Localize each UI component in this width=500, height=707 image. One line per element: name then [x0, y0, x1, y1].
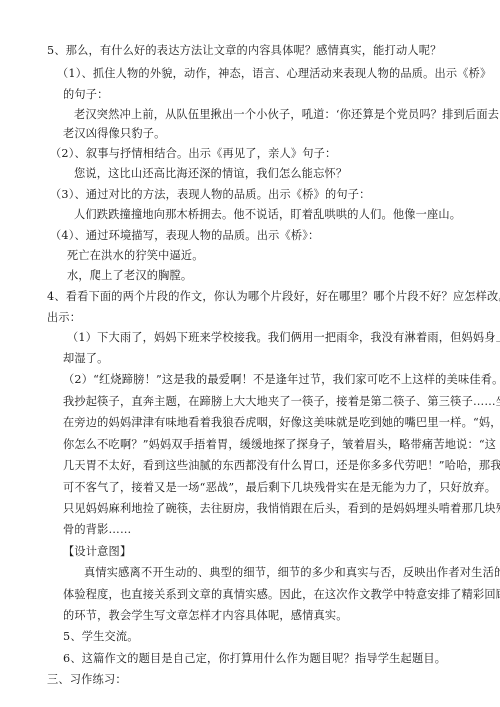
method-1-heading: （1）、抓住人物的外貌，动作，神态，语言、心理活动来表现人物的品质。出示《桥》 [57, 67, 491, 81]
excerpt-2-line-6: 可不客气了，接着又是一场“恶战”，最后剩下几块残骨实在是无能为力了，只好放弃。 [63, 481, 496, 495]
method-4-quote-line-2: 水，爬上了老汉的胸膛。 [67, 269, 192, 283]
design-intent-line-2: 体验程度，也直接关系到文章的真情实感。因此，在这次作文教学中特意安排了精彩回顾 [63, 588, 500, 602]
excerpt-2-line-3: 在旁边的妈妈津津有味地看着我狼吞虎咽，好像这美味就是吃到她的嘴巴里一样。“妈， [63, 416, 500, 430]
excerpt-2-line-4: 你怎么不吃啊？”妈妈双手捂着胃，缓缓地探了探身子，皱着眉头，略带痛苦地说：“这 [63, 438, 496, 452]
design-intent-line-3: 的环节，教会学生写文章怎样才内容具体呢，感情真实。 [63, 609, 348, 623]
method-2-quote: 您说，这比山还高比海还深的情谊，我们怎么能忘怀？ [74, 167, 347, 181]
method-4-quote-line-1: 死亡在洪水的狞笑中逼近。 [67, 249, 204, 263]
step-6-title-guidance: 6、这篇作文的题目是自己定，你打算用什么作为题目呢？指导学生起题目。 [63, 652, 446, 666]
item-5-question: 5、那么，有什么好的表达方法让文章的内容具体呢？感情真实，能打动人呢？ [47, 44, 442, 58]
excerpt-2-line-2: 我抄起筷子，直奔主题，在蹄膀上大大地夹了一筷子，接着是第二筷子、第三筷子……坐 [63, 395, 500, 409]
excerpt-2-line-7: 只见妈妈麻利地捡了碗筷，去往厨房，我悄悄跟在后头，看到的是妈妈埋头啃着那几块残 [63, 502, 500, 516]
excerpt-2-line-5: 几天胃不太好，看到这些油腻的东西都没有什么胃口，还是你多多代劳吧！”哈哈，那我 [63, 459, 500, 473]
document-page: 5、那么，有什么好的表达方法让文章的内容具体呢？感情真实，能打动人呢？ （1）、… [0, 0, 500, 707]
method-1-quote-line-2: 老汉凶得像只豹子。 [63, 127, 166, 141]
design-intent-line-1: 真情实感离不开生动的、典型的细节，细节的多少和真实与否，反映出作者对生活的 [84, 566, 500, 580]
method-3-heading: （3）、通过对比的方法，表现人物的品质。出示《桥》的句子： [50, 188, 371, 202]
section-3-heading: 三、习作练习： [47, 673, 127, 687]
excerpt-2-line-1: （2）“红烧蹄膀！”这是我的最爱啊！不是逢年过节，我们家可吃不上这样的美味佳肴。 [63, 373, 500, 387]
item-4-show-label: 出示： [47, 311, 81, 325]
method-2-heading: （2）、叙事与抒情相结合。出示《再见了，亲人》句子： [50, 147, 336, 161]
excerpt-2-line-8: 骨的背影…… [63, 523, 131, 537]
item-4-question: 4、看看下面的两个片段的作文，你认为哪个片段好，好在哪里？哪个片段不好？应怎样改… [47, 290, 500, 304]
method-4-heading: （4）、通过环境描写，表现人物的品质。出示《桥》： [50, 229, 319, 243]
excerpt-1-line-1: （1）下大雨了，妈妈下班来学校接我。我们俩用一把雨伞，我没有淋着雨，但妈妈身上 [67, 331, 500, 345]
method-1-heading-cont: 的句子： [63, 88, 109, 102]
step-5-student-exchange: 5、学生交流。 [63, 630, 139, 644]
method-3-quote: 人们跌跌撞撞地向那木桥拥去。他不说话，盯着乱哄哄的人们。他像一座山。 [74, 208, 461, 222]
method-1-quote-line-1: 老汉突然冲上前，从队伍里揪出一个小伙子，吼道：‘你还算是个党员吗？排到后面去！’ [74, 108, 500, 122]
design-intent-heading: 【设计意图】 [63, 545, 131, 559]
excerpt-1-line-2: 却湿了。 [63, 352, 109, 366]
